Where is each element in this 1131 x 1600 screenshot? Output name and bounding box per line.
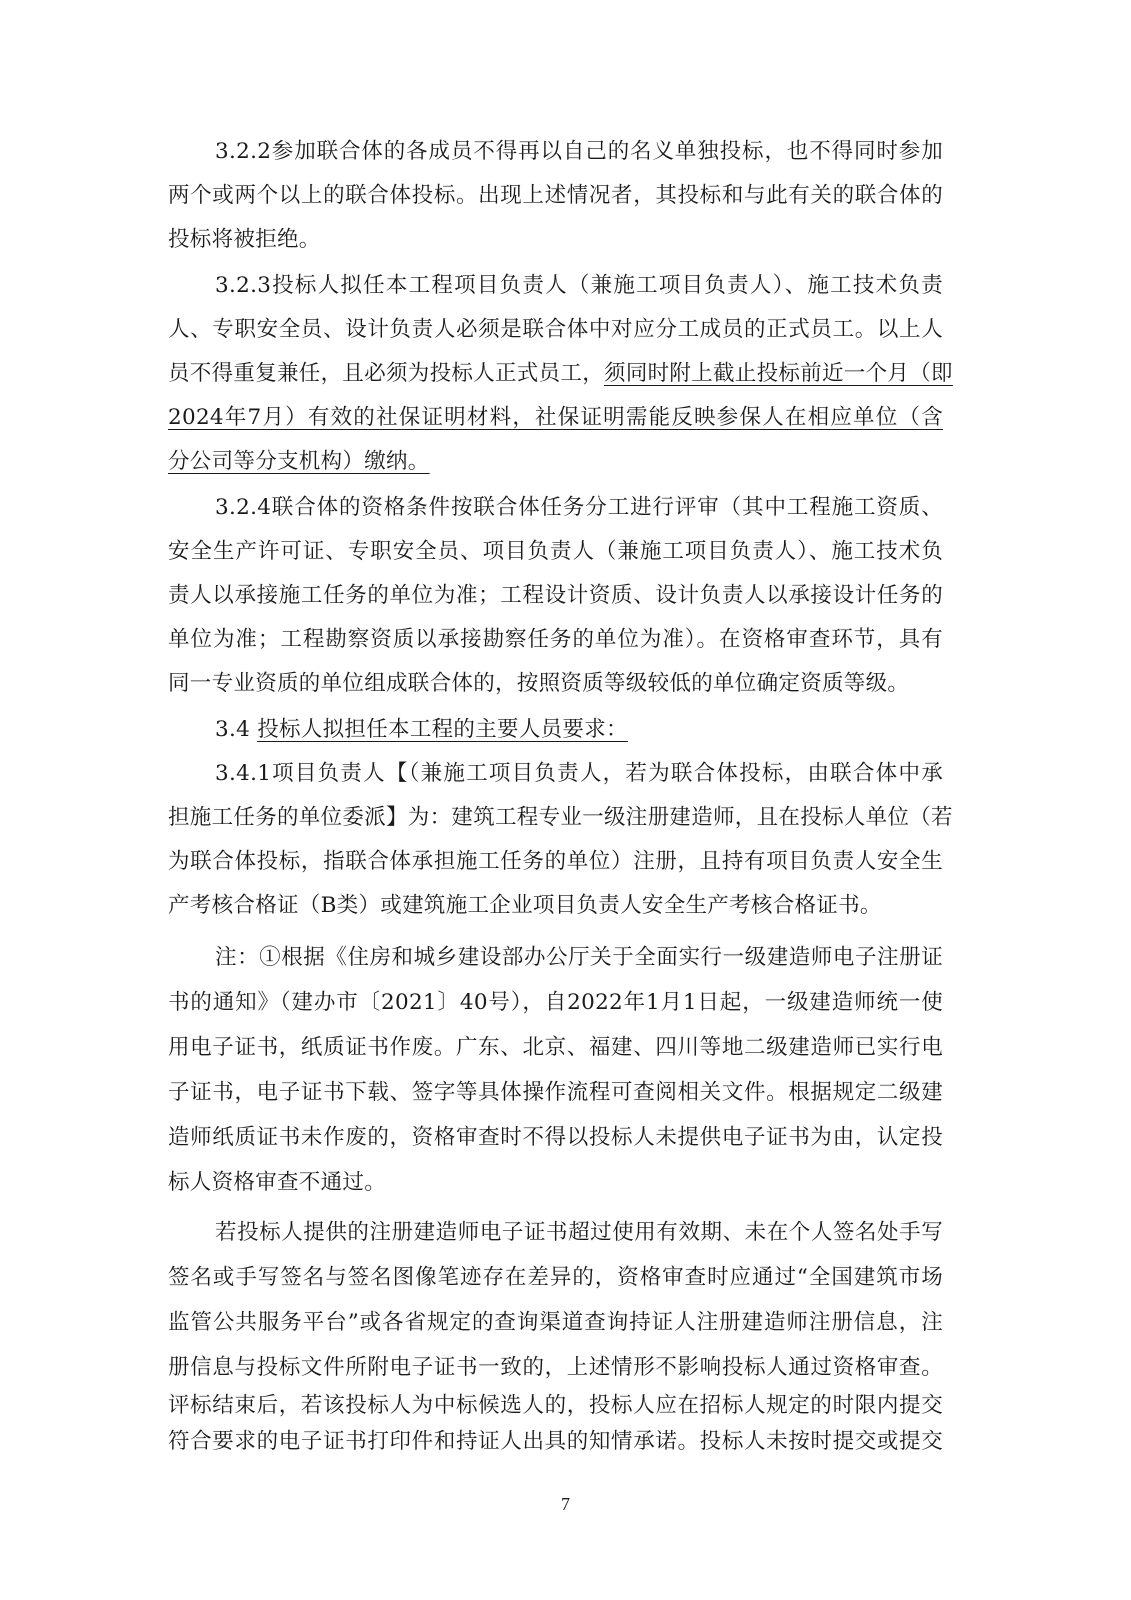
paragraph-3-2-4-line-4: 单位为准；工程勘察资质以承接勘察任务的单位为准）。在资格审查环节，具有 [168, 620, 943, 660]
paragraph-3-4-1-line-3: 为联合体投标，指联合体承担施工任务的单位）注册，且持有项目负责人安全生 [168, 842, 943, 882]
paragraph-3-2-3-line-2: 人、专职安全员、设计负责人必须是联合体中对应分工成员的正式员工。以上人 [168, 310, 943, 350]
note-1-line-5: 造师纸质证书未作废的，资格审查时不得以投标人未提供电子证书为由，认定投 [168, 1118, 943, 1158]
paragraph-3-2-4-line-3: 责人以承接施工任务的单位为准；工程设计资质、设计负责人以承接设计任务的 [168, 576, 943, 616]
note-2-line-4: 册信息与投标文件所附电子证书一致的，上述情形不影响投标人通过资格审查。 [168, 1348, 943, 1388]
section-3-4-title: 投标人拟担任本工程的主要人员要求： [257, 717, 628, 742]
paragraph-3-4-1-line-2: 担施工任务的单位委派】为：建筑工程专业一级注册建造师，且在投标人单位（若 [168, 798, 943, 838]
note-1-line-1: 注：①根据《住房和城乡建设部办公厅关于全面实行一级建造师电子注册证 [215, 938, 943, 978]
note-1-line-2: 书的通知》（建办市〔2021〕40号），自2022年1月1日起，一级建造师统一使 [168, 983, 943, 1023]
note-2-line-2: 签名或手写签名与签名图像笔迹存在差异的，资格审查时应通过“全国建筑市场 [168, 1258, 943, 1298]
paragraph-3-2-3-line-1: 3.2.3投标人拟任本工程项目负责人（兼施工项目负责人）、施工技术负责 [215, 266, 943, 306]
note-2-line-3: 监管公共服务平台”或各省规定的查询渠道查询持证人注册建造师注册信息，注 [168, 1303, 943, 1343]
note-2-line-6: 符合要求的电子证书打印件和持证人出具的知情承诺。投标人未按时提交或提交 [168, 1422, 943, 1462]
note-1-line-3: 用电子证书，纸质证书作废。广东、北京、福建、四川等地二级建造师已实行电 [168, 1028, 943, 1068]
note-1-line-6: 标人资格审查不通过。 [168, 1163, 943, 1203]
paragraph-3-2-3-line-3-plain: 员不得重复兼任，且必须为投标人正式员工， [168, 361, 604, 386]
paragraph-3-2-4-line-5: 同一专业资质的单位组成联合体的，按照资质等级较低的单位确定资质等级。 [168, 664, 943, 704]
paragraph-3-2-3-line-5: 分公司等分支机构）缴纳。 [168, 442, 943, 482]
paragraph-3-2-4-line-2: 安全生产许可证、专职安全员、项目负责人（兼施工项目负责人）、施工技术负 [168, 532, 943, 572]
note-2-line-5: 评标结束后，若该投标人为中标候选人的，投标人应在招标人规定的时限内提交 [168, 1386, 943, 1426]
section-3-4-number: 3.4 [215, 717, 257, 742]
paragraph-3-2-3-line-4: 2024年7月）有效的社保证明材料，社保证明需能反映参保人在相应单位（含 [168, 398, 943, 438]
paragraph-3-2-2-line-1: 3.2.2参加联合体的各成员不得再以自己的名义单独投标，也不得同时参加 [215, 132, 943, 172]
document-page: 3.2.2参加联合体的各成员不得再以自己的名义单独投标，也不得同时参加 两个或两… [0, 0, 1131, 1600]
paragraph-3-4-1-line-1: 3.4.1项目负责人【（兼施工项目负责人，若为联合体投标，由联合体中承 [215, 754, 943, 794]
paragraph-3-2-4-line-1: 3.2.4联合体的资格条件按联合体任务分工进行评审（其中工程施工资质、 [215, 488, 943, 528]
page-number: 7 [0, 1494, 1131, 1515]
paragraph-3-4-1-line-4: 产考核合格证（B类）或建筑施工企业项目负责人安全生产考核合格证书。 [168, 886, 943, 926]
paragraph-3-2-3-underlined-requirement: 须同时附上截止投标前近一个月（即 [604, 361, 953, 386]
note-1-line-4: 子证书，电子证书下载、签字等具体操作流程可查阅相关文件。根据规定二级建 [168, 1073, 943, 1113]
paragraph-3-2-2-line-2: 两个或两个以上的联合体投标。出现上述情况者，其投标和与此有关的联合体的 [168, 176, 943, 216]
paragraph-3-2-2-line-3: 投标将被拒绝。 [168, 220, 943, 260]
section-3-4-heading: 3.4 投标人拟担任本工程的主要人员要求： [215, 710, 943, 750]
note-2-line-1: 若投标人提供的注册建造师电子证书超过使用有效期、未在个人签名处手写 [215, 1213, 943, 1253]
paragraph-3-2-3-line-3: 员不得重复兼任，且必须为投标人正式员工，须同时附上截止投标前近一个月（即 [168, 354, 943, 394]
paragraph-3-2-3-line-5-underlined: 分公司等分支机构）缴纳。 [168, 449, 430, 474]
